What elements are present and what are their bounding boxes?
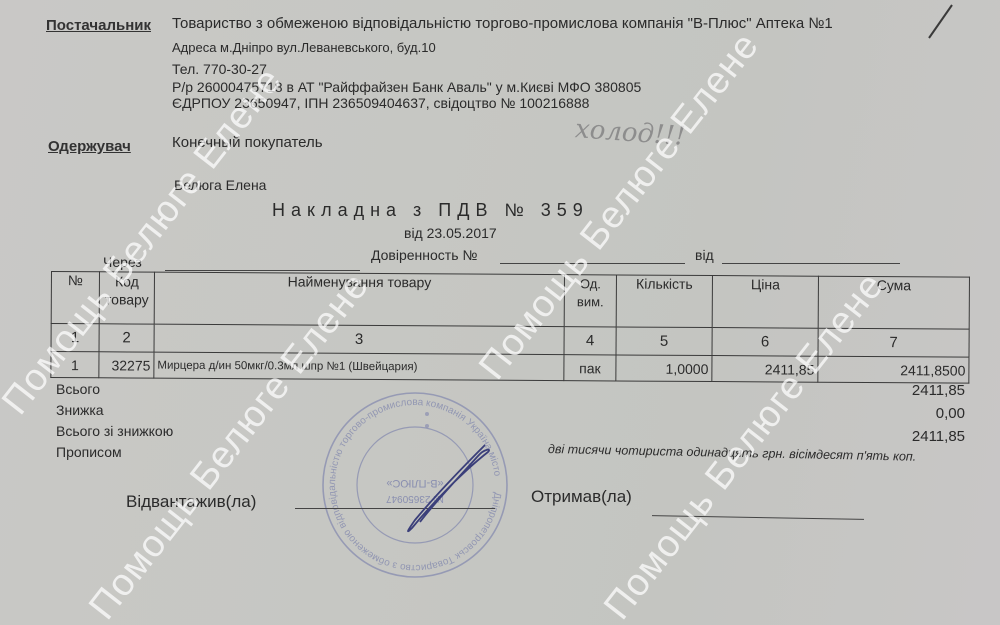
recipient-label: Одержувач — [48, 138, 131, 155]
row-sum: 2411,8500 — [818, 356, 969, 383]
proxy-label: Довіренность № — [371, 247, 477, 263]
via-field[interactable] — [165, 270, 360, 271]
total-label: Всього — [56, 381, 100, 397]
invoice-date: від 23.05.2017 — [404, 225, 497, 241]
column-number: 5 — [616, 327, 712, 355]
column-number: 2 — [99, 324, 154, 352]
row-code: 32275 — [99, 352, 154, 378]
supplier-address: Адреса м.Дніпро вул.Леваневського, буд.1… — [172, 40, 436, 55]
proxy-date-label: від — [695, 247, 714, 263]
row-qty: 1,0000 — [616, 355, 712, 381]
header-price: Ціна — [712, 276, 818, 329]
supplier-label: Постачальник — [46, 17, 151, 34]
total-value: 2411,85 — [912, 382, 965, 399]
row-unit: пак — [564, 355, 616, 381]
discount-label: Знижка — [56, 402, 104, 418]
column-number: 4 — [564, 327, 616, 355]
total-discounted-label: Всього зі знижкою — [56, 423, 173, 439]
proxy-date-field[interactable] — [722, 263, 900, 264]
pen-mark-icon — [925, 2, 955, 42]
header-qty: Кількість — [616, 275, 712, 328]
discount-value: 0,00 — [936, 405, 965, 422]
received-label: Отримав(ла) — [531, 487, 632, 507]
total-discounted-value: 2411,85 — [912, 428, 965, 445]
signature-scribble-icon — [380, 440, 510, 535]
invoice-title: Накладна з ПДВ № 359 — [272, 200, 589, 221]
in-words-label: Прописом — [56, 444, 122, 460]
